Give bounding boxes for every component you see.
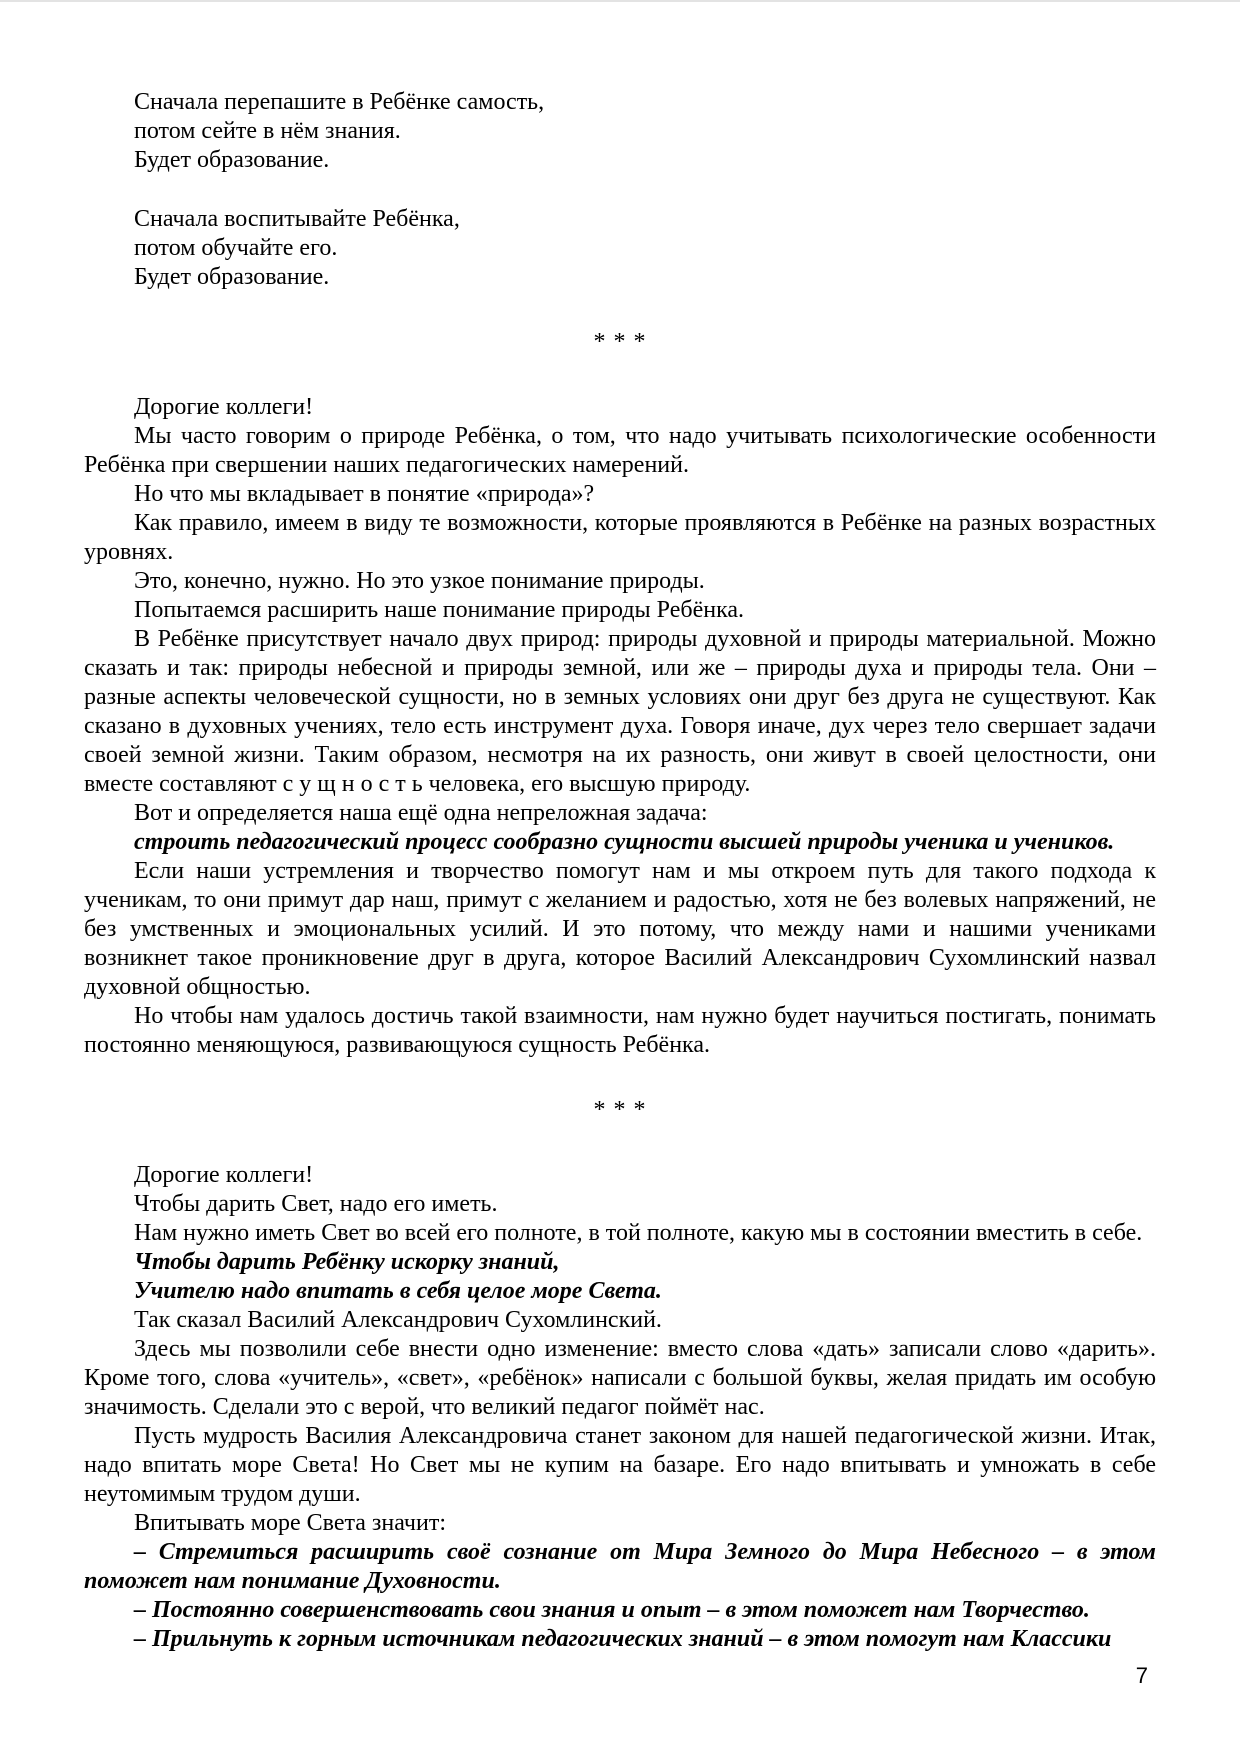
paragraph: Если наши устремления и творчество помог… bbox=[84, 857, 1156, 1002]
paragraph: Пусть мудрость Василия Александровича ст… bbox=[84, 1422, 1156, 1509]
paragraph: Вот и определяется наша ещё одна непрело… bbox=[84, 799, 1156, 828]
paragraph: – Прильнуть к горным источникам педагоги… bbox=[84, 1625, 1156, 1654]
paragraph: Но что мы вкладывает в понятие «природа»… bbox=[84, 480, 1156, 509]
paragraph: Но чтобы нам удалось достичь такой взаим… bbox=[84, 1002, 1156, 1060]
verse-line: Будет образование. bbox=[134, 263, 1156, 292]
verse-line: Сначала воспитывайте Ребёнка, bbox=[134, 205, 1156, 234]
section-separator: * * * bbox=[84, 328, 1156, 357]
paragraph: Это, конечно, нужно. Но это узкое понима… bbox=[84, 567, 1156, 596]
paragraph: – Постоянно совершенствовать свои знания… bbox=[84, 1596, 1156, 1625]
scan-edge-line bbox=[0, 0, 1240, 2]
paragraph: Дорогие коллеги! bbox=[84, 1161, 1156, 1190]
paragraph: строить педагогический процесс сообразно… bbox=[84, 828, 1156, 857]
paragraph: Чтобы дарить Ребёнку искорку знаний, bbox=[84, 1248, 1156, 1277]
verse-stanza: Сначала перепашите в Ребёнке самость,пот… bbox=[84, 88, 1156, 175]
paragraph: Нам нужно иметь Свет во всей его полноте… bbox=[84, 1219, 1156, 1248]
verse-line: Сначала перепашите в Ребёнке самость, bbox=[134, 88, 1156, 117]
page-content: Сначала перепашите в Ребёнке самость,пот… bbox=[84, 88, 1156, 1654]
section-separator: * * * bbox=[84, 1096, 1156, 1125]
paragraph: Так сказал Василий Александрович Сухомли… bbox=[84, 1306, 1156, 1335]
paragraph: Как правило, имеем в виду те возможности… bbox=[84, 509, 1156, 567]
paragraph: Учителю надо впитать в себя целое море С… bbox=[84, 1277, 1156, 1306]
paragraph: Попытаемся расширить наше понимание прир… bbox=[84, 596, 1156, 625]
paragraph: Здесь мы позволили себе внести одно изме… bbox=[84, 1335, 1156, 1422]
paragraph: Чтобы дарить Свет, надо его иметь. bbox=[84, 1190, 1156, 1219]
verse-stanza: Сначала воспитывайте Ребёнка,потом обуча… bbox=[84, 205, 1156, 292]
paragraph: В Ребёнке присутствует начало двух приро… bbox=[84, 625, 1156, 799]
verse-line: потом сейте в нём знания. bbox=[134, 117, 1156, 146]
verse-line: потом обучайте его. bbox=[134, 234, 1156, 263]
page: Сначала перепашите в Ребёнке самость,пот… bbox=[0, 0, 1240, 1754]
paragraph: Мы часто говорим о природе Ребёнка, о то… bbox=[84, 422, 1156, 480]
paragraph: – Стремиться расширить своё сознание от … bbox=[84, 1538, 1156, 1596]
paragraph: Дорогие коллеги! bbox=[84, 393, 1156, 422]
page-number: 7 bbox=[1136, 1664, 1148, 1688]
verse-line: Будет образование. bbox=[134, 146, 1156, 175]
paragraph: Впитывать море Света значит: bbox=[84, 1509, 1156, 1538]
